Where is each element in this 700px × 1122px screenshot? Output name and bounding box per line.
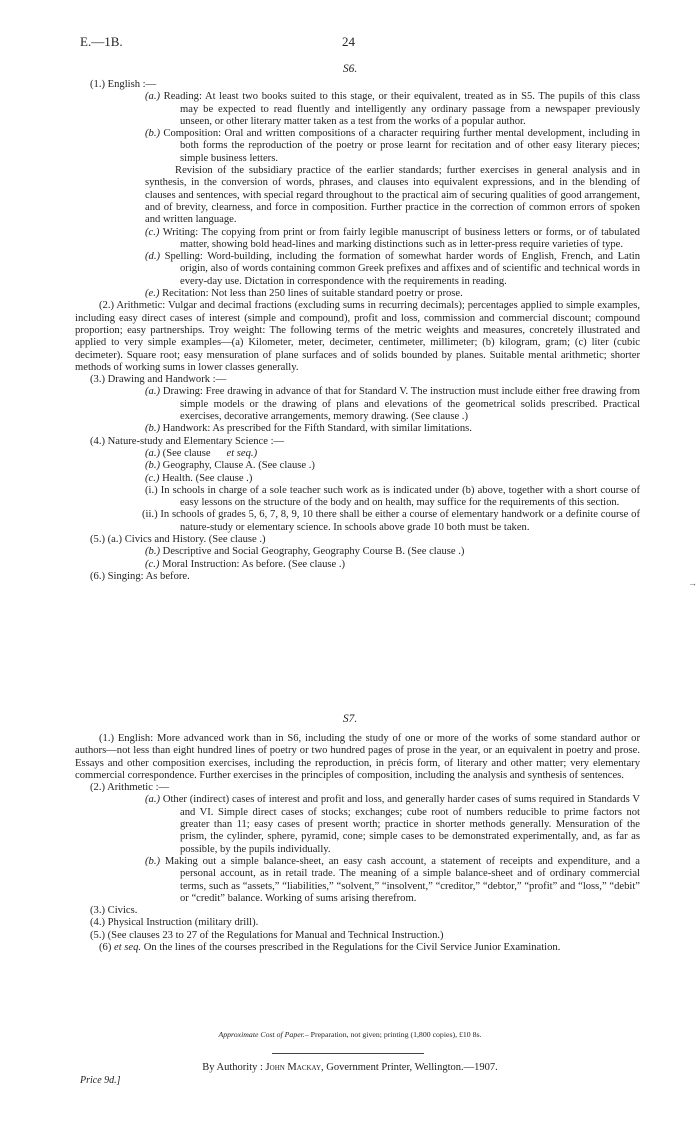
composition-revision: Revision of the subsidiary practice of t… (75, 165, 640, 226)
margin-mark: → (688, 578, 697, 588)
spelling-item: (d.) Spelling: Word-building, including … (75, 251, 640, 288)
section-s7-body: (1.) English: More advanced work than in… (75, 733, 640, 954)
drawing-heading: (3.) Drawing and Handwork :— (75, 374, 640, 386)
s7-manual-instruction: (5.) (See clauses 23 to 27 of the Regula… (75, 930, 640, 942)
s7-civil-service-item: (6) et seq. On the lines of the courses … (75, 942, 640, 954)
drawing-item: (a.) Drawing: Free drawing in advance of… (75, 386, 640, 423)
s7-arithmetic-item-b: (b.) Making out a simple balance-sheet, … (75, 856, 640, 905)
nature-study-heading: (4.) Nature-study and Elementary Science… (75, 436, 640, 448)
cost-note: Approximate Cost of Paper.– Preparation,… (0, 1030, 700, 1039)
social-geography-item: (b.) Descriptive and Social Geography, G… (75, 546, 640, 558)
printer-authority: By Authority : John Mackay, Government P… (0, 1062, 700, 1073)
s7-arithmetic-item-a: (a.) Other (indirect) cases of interest … (75, 794, 640, 855)
footer-divider (272, 1053, 424, 1054)
grades-item: (ii.) In schools of grades 5, 6, 7, 8, 9… (75, 509, 640, 534)
s7-arithmetic-heading: (2.) Arithmetic :— (75, 782, 640, 794)
moral-instruction-item: (c.) Moral Instruction: As before. (See … (75, 559, 640, 571)
reading-item: (a.) Reading: At least two books suited … (75, 91, 640, 128)
health-item: (c.) Health. (See clause .) (75, 473, 640, 485)
price-label: Price 9d.] (80, 1075, 121, 1086)
s7-english-paragraph: (1.) English: More advanced work than in… (75, 733, 640, 782)
s7-physical-instruction: (4.) Physical Instruction (military dril… (75, 917, 640, 929)
document-page: E.—1B. 24 S6. (1.) English :— (a.) Readi… (0, 0, 700, 1122)
section-title-s7: S7. (0, 713, 700, 725)
composition-item: (b.) Composition: Oral and written compo… (75, 128, 640, 165)
recitation-item: (e.) Recitation: Not less than 250 lines… (75, 288, 640, 300)
s7-civics: (3.) Civics. (75, 905, 640, 917)
section-s6-body: (1.) English :— (a.) Reading: At least t… (75, 79, 640, 583)
handwork-item: (b.) Handwork: As prescribed for the Fif… (75, 423, 640, 435)
geography-item: (b.) Geography, Clause A. (See clause .) (75, 460, 640, 472)
sole-teacher-item: (i.) In schools in charge of a sole teac… (75, 485, 640, 510)
singing-item: (6.) Singing: As before. (75, 571, 640, 583)
nature-item-a: (a.) (See clause et seq.) (75, 448, 640, 460)
civics-history-item: (5.) (a.) Civics and History. (See claus… (75, 534, 640, 546)
arithmetic-paragraph: (2.) Arithmetic: Vulgar and decimal frac… (75, 300, 640, 374)
page-number: 24 (342, 34, 355, 50)
document-code: E.—1B. (80, 34, 123, 50)
english-heading: (1.) English :— (75, 79, 640, 91)
writing-item: (c.) Writing: The copying from print or … (75, 227, 640, 252)
section-title-s6: S6. (0, 63, 700, 75)
